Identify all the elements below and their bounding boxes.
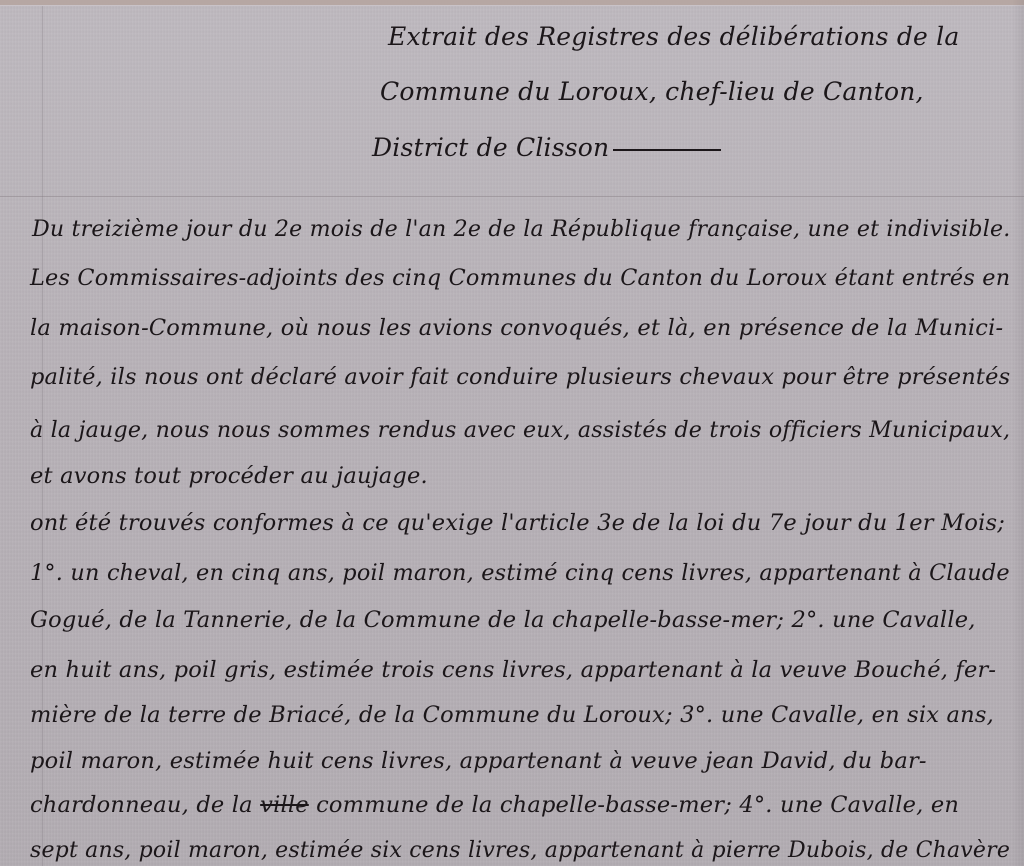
- heading-flourish-dash: [613, 149, 721, 151]
- body-line-14: sept ans, poil maron, estimée six cens l…: [30, 837, 1010, 863]
- body-line-3: la maison-Commune, où nous les avions co…: [30, 315, 1003, 341]
- body-line-13: chardonneau, de la ville commune de la c…: [30, 792, 959, 818]
- body-line-10: en huit ans, poil gris, estimée trois ce…: [30, 657, 996, 683]
- body-line-12: poil maron, estimée huit cens livres, ap…: [30, 748, 927, 774]
- paper-top-edge: [0, 0, 1024, 6]
- heading-line-1: Extrait des Registres des délibérations …: [388, 22, 959, 51]
- body-line-7: ont été trouvés conformes à ce qu'exige …: [30, 510, 1005, 536]
- paper-right-shadow: [1012, 0, 1024, 866]
- body-line-13-after: commune de la chapelle-basse-mer; 4°. un…: [309, 792, 959, 818]
- body-line-6: et avons tout procéder au jaujage.: [30, 463, 428, 489]
- body-line-9: Gogué, de la Tannerie, de la Commune de …: [30, 607, 976, 633]
- body-line-2: Les Commissaires-adjoints des cinq Commu…: [30, 265, 1010, 291]
- manuscript-page: Extrait des Registres des délibérations …: [0, 0, 1024, 866]
- heading-line-3-text: District de Clisson: [372, 133, 609, 162]
- struck-out-word: ville: [260, 792, 309, 818]
- body-line-11: mière de la terre de Briacé, de la Commu…: [30, 702, 994, 728]
- body-line-1: Du treizième jour du 2e mois de l'an 2e …: [32, 216, 1011, 242]
- heading-line-2: Commune du Loroux, chef-lieu de Canton,: [380, 77, 924, 106]
- body-line-8: 1°. un cheval, en cinq ans, poil maron, …: [30, 560, 1010, 586]
- heading-line-3: District de Clisson: [372, 133, 721, 162]
- body-line-13-before: chardonneau, de la: [30, 792, 260, 818]
- body-line-4: palité, ils nous ont déclaré avoir fait …: [30, 364, 1010, 390]
- paper-fold-horizontal: [0, 196, 1024, 197]
- body-line-5: à la jauge, nous nous sommes rendus avec…: [30, 417, 1010, 443]
